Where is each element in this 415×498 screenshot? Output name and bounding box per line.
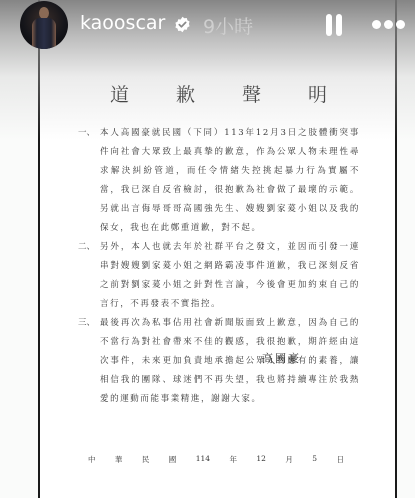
- paragraph-text: 本人高國豪就民國（下同）113年12月3日之肢體衝突事件向社會大眾致上最真摯的歉…: [100, 124, 360, 238]
- username-link[interactable]: kaooscar: [80, 12, 165, 34]
- date-part: 月: [285, 454, 293, 465]
- paragraph-text: 最後再次為私事佔用社會新聞版面致上歉意，因為自己的不當行為對社會帶來不佳的觀感，…: [100, 314, 360, 409]
- avatar-figure-body: [32, 18, 56, 49]
- document-title: 道 歉 聲 明: [40, 80, 397, 107]
- background-left: [0, 0, 38, 498]
- title-char: 明: [285, 80, 351, 107]
- paragraph-1: 一、 本人高國豪就民國（下同）113年12月3日之肢體衝突事件向社會大眾致上最真…: [78, 124, 360, 238]
- pause-icon-bar: [326, 14, 332, 36]
- verified-badge-icon: [174, 16, 191, 33]
- date-part: 日: [336, 454, 344, 465]
- story-header: kaooscar 9小時: [0, 0, 415, 52]
- more-options-button[interactable]: [370, 20, 406, 30]
- paragraph-number: 一、: [78, 124, 95, 143]
- date-part: 民: [142, 454, 150, 465]
- date-part: 114: [196, 454, 210, 465]
- date-part: 年: [229, 454, 237, 465]
- paragraph-2: 二、 另外，本人也就去年於社群平台之發文，並因而引發一連串對嫂嫂劉家萲小姐之網路…: [78, 238, 360, 314]
- pause-icon-bar: [336, 14, 342, 36]
- signature-name: 高國豪: [262, 350, 301, 366]
- document-body: 一、 本人高國豪就民國（下同）113年12月3日之肢體衝突事件向社會大眾致上最真…: [78, 124, 360, 409]
- background-right: [397, 0, 415, 498]
- date-part: 華: [115, 454, 123, 465]
- more-dot-icon: [396, 20, 405, 29]
- document-date: 中 華 民 國 114 年 12 月 5 日: [88, 454, 344, 465]
- title-char: 歉: [153, 80, 219, 107]
- pause-button[interactable]: [324, 14, 344, 36]
- date-part: 中: [88, 454, 96, 465]
- paragraph-3: 三、 最後再次為私事佔用社會新聞版面致上歉意，因為自己的不當行為對社會帶來不佳的…: [78, 314, 360, 409]
- paragraph-number: 三、: [78, 314, 95, 333]
- more-dot-icon: [384, 20, 393, 29]
- date-part: 12: [256, 454, 266, 465]
- title-char: 聲: [219, 80, 285, 107]
- date-part: 國: [169, 454, 177, 465]
- paragraph-number: 二、: [78, 238, 95, 257]
- paragraph-text: 另外，本人也就去年於社群平台之發文，並因而引發一連串對嫂嫂劉家萲小姐之網路霸凌事…: [100, 238, 360, 314]
- post-timestamp: 9小時: [203, 12, 253, 39]
- date-part: 5: [312, 454, 317, 465]
- more-dot-icon: [372, 20, 381, 29]
- title-char: 道: [87, 80, 153, 107]
- profile-avatar[interactable]: [20, 1, 68, 49]
